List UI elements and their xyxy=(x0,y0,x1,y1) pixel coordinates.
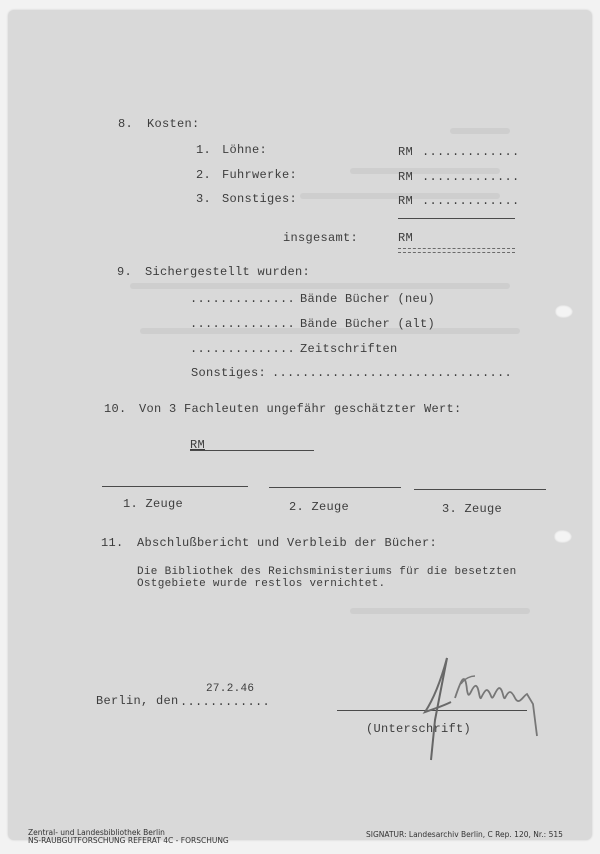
section-9-title: Sichergestellt wurden: xyxy=(145,265,310,279)
section-11-number: 11. xyxy=(101,536,124,550)
section-8-number: 8. xyxy=(118,117,133,131)
cost-item-number: 3. xyxy=(196,192,211,206)
show-through-mark xyxy=(130,283,510,289)
witness-3-signature-line[interactable] xyxy=(414,489,546,490)
section-8-title: Kosten: xyxy=(147,117,200,131)
show-through-mark xyxy=(350,608,530,614)
date-field[interactable]: ............ xyxy=(180,695,270,709)
date-value: 27.2.46 xyxy=(206,683,254,695)
section-9-number: 9. xyxy=(117,265,132,279)
secured-item-label: Bände Bücher (alt) xyxy=(300,317,435,331)
cost-item-number: 2. xyxy=(196,168,211,182)
other-secured-field[interactable]: ................................ xyxy=(272,366,512,380)
handwritten-signature xyxy=(405,650,565,770)
cost-item-value-field[interactable]: ............. xyxy=(422,194,520,208)
secured-count-field[interactable]: .............. xyxy=(190,317,295,331)
punch-hole xyxy=(555,305,573,318)
total-double-underline xyxy=(398,248,515,253)
witness-2-label: 2. Zeuge xyxy=(289,500,349,514)
cost-item-number: 1. xyxy=(196,143,211,157)
cost-item-value-field[interactable]: ............. xyxy=(422,170,520,184)
cost-item-label: Sonstiges: xyxy=(222,192,297,206)
punch-hole xyxy=(554,530,572,543)
sum-rule xyxy=(398,218,515,219)
section-11-title: Abschlußbericht und Verbleib der Bücher: xyxy=(137,536,437,550)
cost-item-currency: RM xyxy=(398,194,413,208)
total-label: insgesamt: xyxy=(283,231,358,245)
cost-item-label: Löhne: xyxy=(222,143,267,157)
section-10-title: Von 3 Fachleuten ungefähr geschätzter We… xyxy=(139,402,462,416)
final-report-line-1: Die Bibliothek des Reichsministeriums fü… xyxy=(137,566,517,578)
footer-department: NS-RAUBGUTFORSCHUNG REFERAT 4C - FORSCHU… xyxy=(28,836,229,845)
show-through-mark xyxy=(450,128,510,134)
total-currency: RM xyxy=(398,231,413,245)
cost-item-currency: RM xyxy=(398,145,413,159)
final-report-line-2: Ostgebiete wurde restlos vernichtet. xyxy=(137,578,385,590)
section-10-number: 10. xyxy=(104,402,127,416)
other-secured-label: Sonstiges: xyxy=(191,366,266,380)
witness-1-label: 1. Zeuge xyxy=(123,497,183,511)
secured-count-field[interactable]: .............. xyxy=(190,342,295,356)
witness-1-signature-line[interactable] xyxy=(102,486,248,487)
place-label: Berlin, den xyxy=(96,694,179,708)
secured-item-label: Zeitschriften xyxy=(300,342,398,356)
cost-item-value-field[interactable]: ............. xyxy=(422,145,520,159)
cost-item-currency: RM xyxy=(398,170,413,184)
secured-count-field[interactable]: .............. xyxy=(190,292,295,306)
estimated-value-field[interactable] xyxy=(190,450,314,451)
secured-item-label: Bände Bücher (neu) xyxy=(300,292,435,306)
cost-item-label: Fuhrwerke: xyxy=(222,168,297,182)
footer-signature-reference: SIGNATUR: Landesarchiv Berlin, C Rep. 12… xyxy=(366,830,563,839)
witness-3-label: 3. Zeuge xyxy=(442,502,502,516)
witness-2-signature-line[interactable] xyxy=(269,487,401,488)
